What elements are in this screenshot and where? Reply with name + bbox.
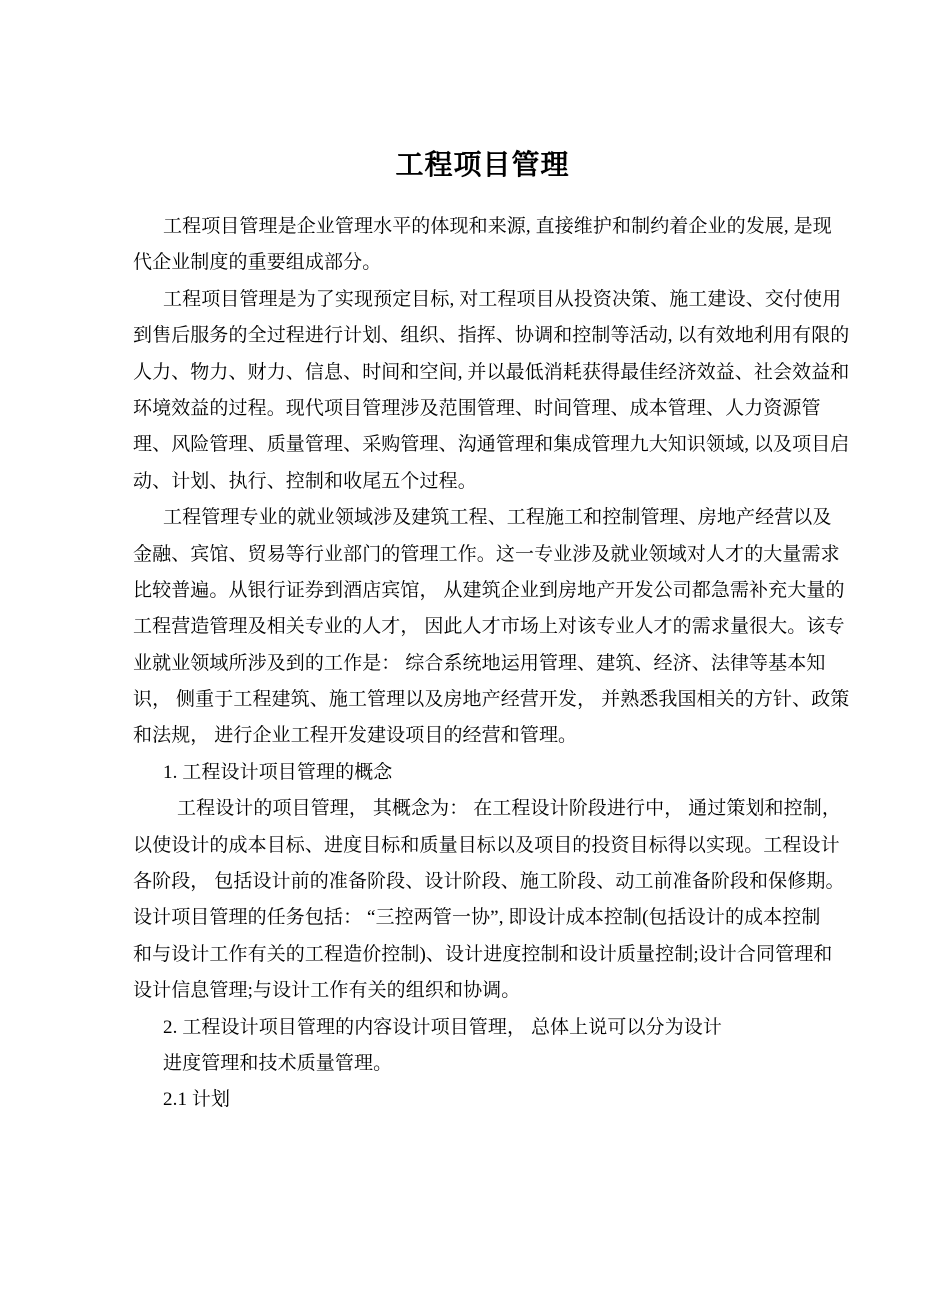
text-line: 识， 侧重于工程建筑、施工管理以及房地产经营开发， 并熟悉我国相关的方针、政策	[133, 682, 832, 718]
text-line: 进度管理和技术质量管理。	[133, 1046, 832, 1082]
text-line: 代企业制度的重要组成部分。	[133, 245, 832, 281]
text-line: 到售后服务的全过程进行计划、组织、指挥、协调和控制等活动, 以有效地利用有限的	[133, 318, 832, 354]
text-line: 工程项目管理是企业管理水平的体现和来源, 直接维护和制约着企业的发展, 是现	[133, 209, 832, 245]
text-line: 业就业领域所涉及到的工作是： 综合系统地运用管理、建筑、经济、法律等基本知	[133, 646, 832, 682]
text-line: 工程管理专业的就业领域涉及建筑工程、工程施工和控制管理、房地产经营以及	[133, 500, 832, 536]
document-title: 工程项目管理	[133, 148, 832, 182]
text-line: 比较普遍。从银行证券到酒店宾馆， 从建筑企业到房地产开发公司都急需补充大量的	[133, 573, 832, 609]
text-line: 工程营造管理及相关专业的人才， 因此人才市场上对该专业人才的需求量很大。该专	[133, 609, 832, 645]
document-body: 工程项目管理是企业管理水平的体现和来源, 直接维护和制约着企业的发展, 是现代企…	[133, 209, 832, 1119]
text-line: 环境效益的过程。现代项目管理涉及范围管理、时间管理、成本管理、人力资源管	[133, 391, 832, 427]
text-line: 以使设计的成本目标、进度目标和质量目标以及项目的投资目标得以实现。工程设计	[133, 828, 832, 864]
document-page: 工程项目管理 工程项目管理是企业管理水平的体现和来源, 直接维护和制约着企业的发…	[0, 0, 926, 1309]
text-line: 人力、物力、财力、信息、时间和空间, 并以最低消耗获得最佳经济效益、社会效益和	[133, 355, 832, 391]
text-line: 1. 工程设计项目管理的概念	[133, 755, 832, 791]
text-line: 各阶段， 包括设计前的准备阶段、设计阶段、施工阶段、动工前准备阶段和保修期。	[133, 864, 832, 900]
text-line: 2. 工程设计项目管理的内容设计项目管理， 总体上说可以分为设计	[133, 1010, 832, 1046]
text-line: 设计项目管理的任务包括： “三控两管一协”, 即设计成本控制(包括设计的成本控制	[133, 900, 832, 936]
text-line: 工程设计的项目管理， 其概念为： 在工程设计阶段进行中， 通过策划和控制，	[133, 791, 832, 827]
text-line: 和法规， 进行企业工程开发建设项目的经营和管理。	[133, 718, 832, 754]
text-line: 工程项目管理是为了实现预定目标, 对工程项目从投资决策、施工建设、交付使用	[133, 282, 832, 318]
text-line: 设计信息管理;与设计工作有关的组织和协调。	[133, 973, 832, 1009]
text-line: 理、风险管理、质量管理、采购管理、沟通管理和集成管理九大知识领域, 以及项目启	[133, 427, 832, 463]
text-line: 金融、宾馆、贸易等行业部门的管理工作。这一专业涉及就业领域对人才的大量需求	[133, 537, 832, 573]
text-line: 和与设计工作有关的工程造价控制)、设计进度控制和设计质量控制;设计合同管理和	[133, 937, 832, 973]
text-line: 2.1 计划	[133, 1082, 832, 1118]
text-line: 动、计划、执行、控制和收尾五个过程。	[133, 464, 832, 500]
